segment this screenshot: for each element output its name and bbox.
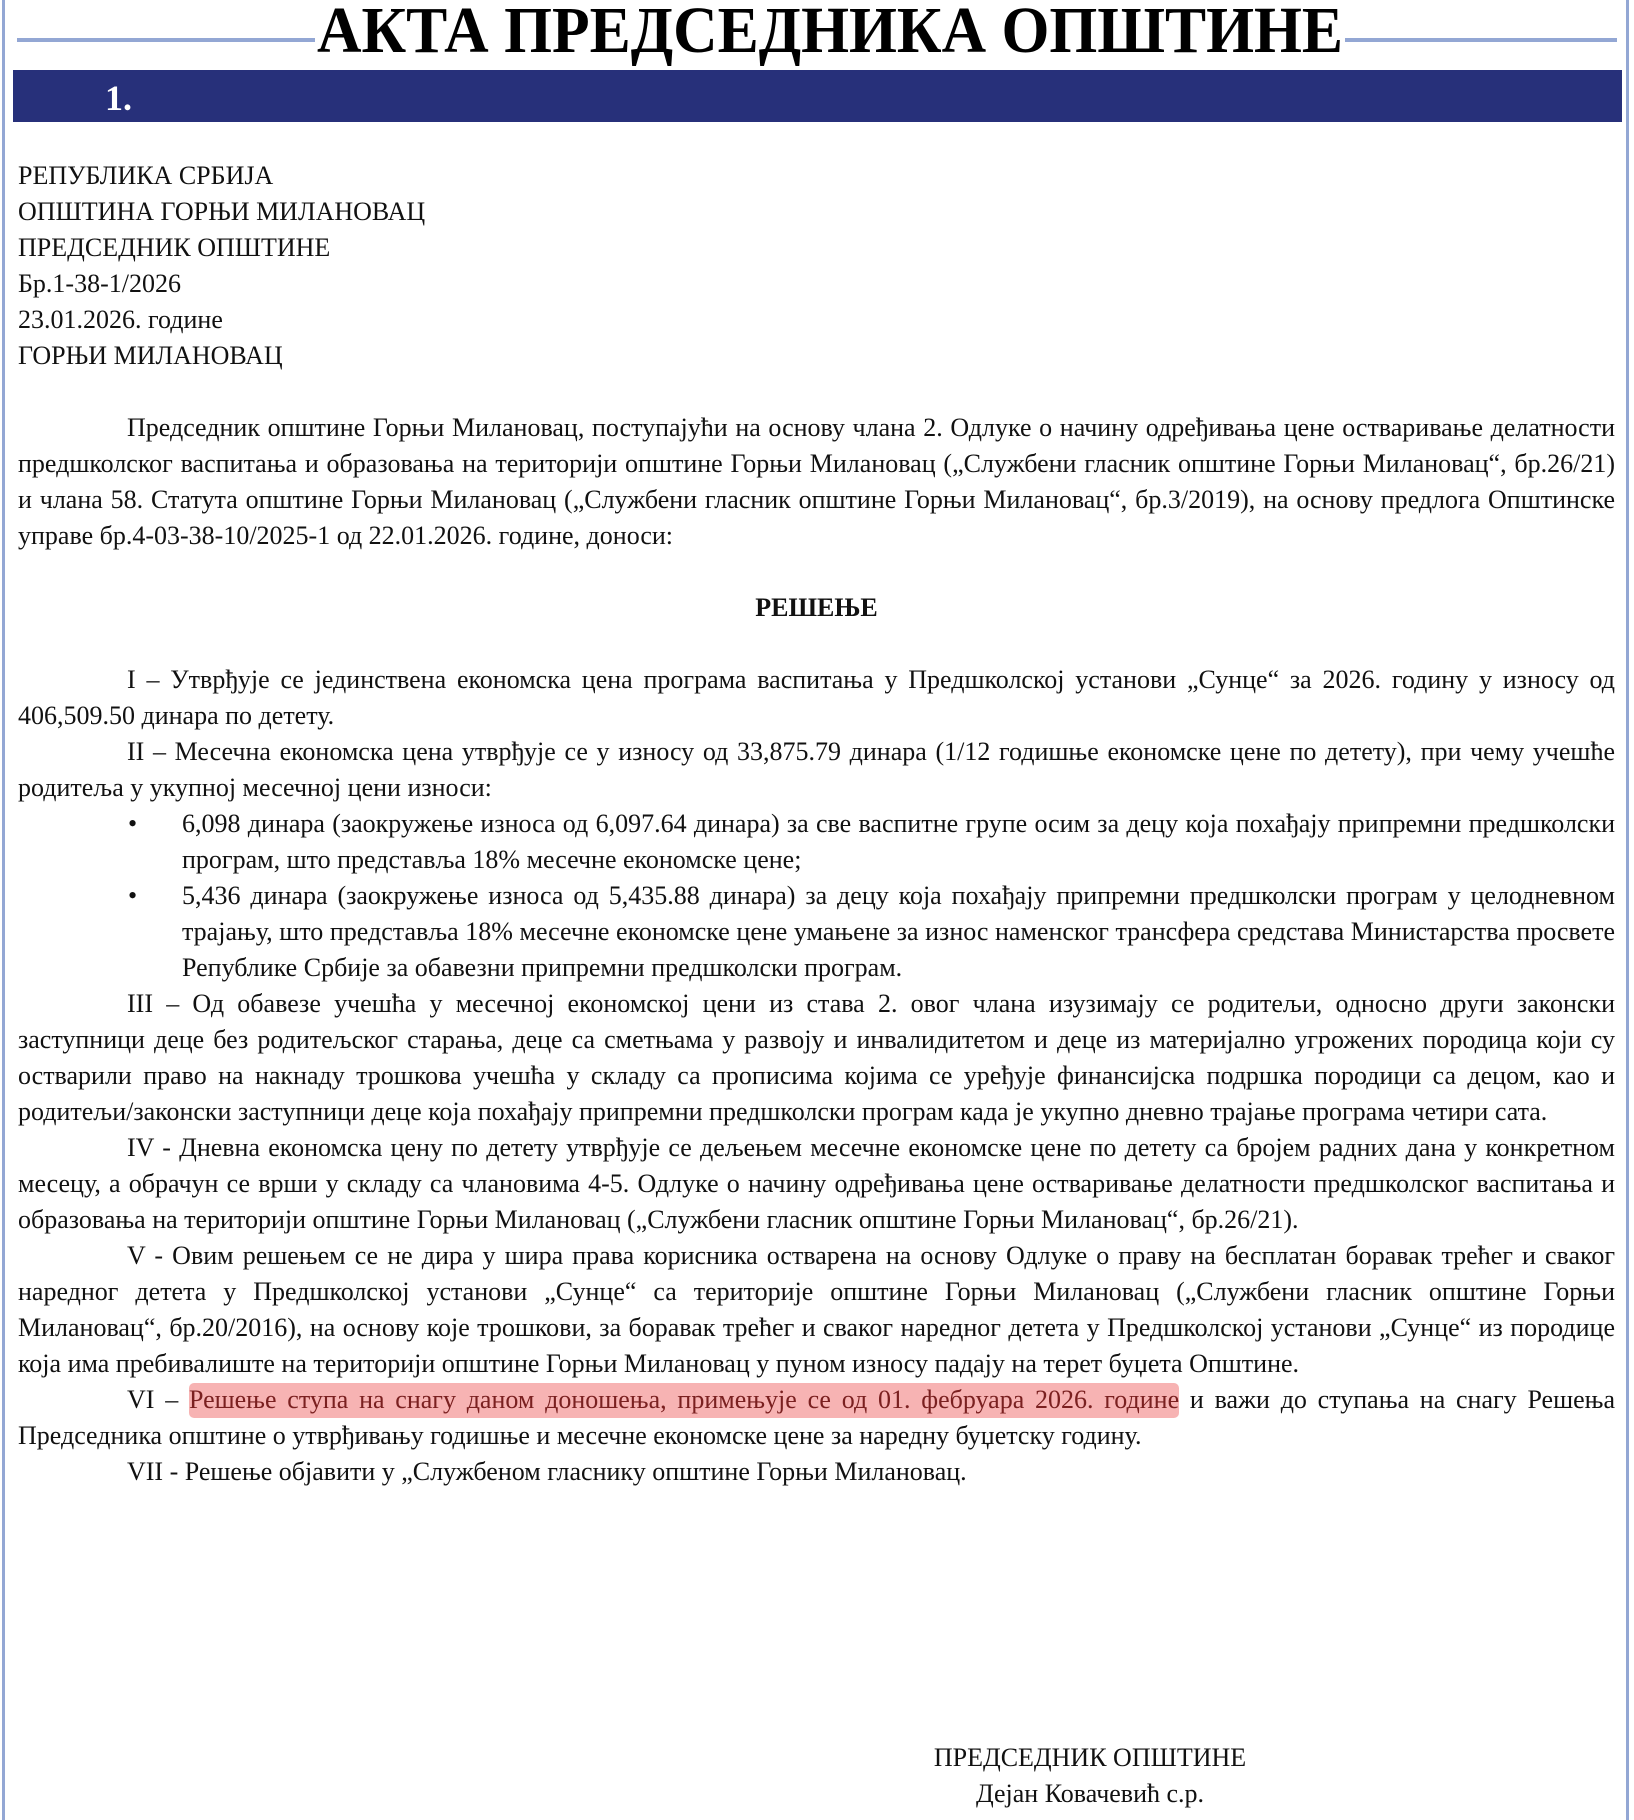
section-4: IV - Дневна економска цену по детету утв… — [18, 1130, 1615, 1238]
issuer-line: ГОРЊИ МИЛАНОВАЦ — [18, 338, 1615, 374]
list-item-text: 6,098 динара (заокружење износа од 6,097… — [182, 809, 1615, 874]
page-border-right — [1626, 0, 1629, 1820]
issuer-line: ПРЕДСЕДНИК ОПШТИНЕ — [18, 230, 1615, 266]
signature-name: Дејан Ковачевић с.р. — [880, 1776, 1300, 1812]
preamble: Председник општине Горњи Милановац, пост… — [18, 410, 1615, 554]
list-item-text: 5,436 динара (заокружење износа од 5,435… — [182, 881, 1615, 982]
title-rule-left — [17, 38, 315, 42]
issuer-line: Бр.1-38-1/2026 — [18, 266, 1615, 302]
issuer-line: ОПШТИНА ГОРЊИ МИЛАНОВАЦ — [18, 194, 1615, 230]
section-3: III – Од обавезе учешћа у месечној еконо… — [18, 986, 1615, 1130]
section-band: 1. — [13, 70, 1622, 122]
issuer-line: РЕПУБЛИКА СРБИЈА — [18, 158, 1615, 194]
highlighted-text[interactable]: Решење ступа на снагу даном доношења, пр… — [189, 1383, 1179, 1418]
page-title: АКТА ПРЕДСЕДНИКА ОПШТИНЕ — [317, 0, 1343, 66]
list-item: • 5,436 динара (заокружење износа од 5,4… — [18, 878, 1615, 986]
title-area: АКТА ПРЕДСЕДНИКА ОПШТИНЕ — [0, 0, 1634, 70]
bullet-icon: • — [128, 878, 137, 914]
issuer-line: 23.01.2026. године — [18, 302, 1615, 338]
section-1: I – Утврђује се јединствена економска це… — [18, 662, 1615, 734]
signature-role: ПРЕДСЕДНИК ОПШТИНЕ — [880, 1740, 1300, 1776]
title-rule-right — [1345, 38, 1617, 42]
decision-heading: РЕШЕЊЕ — [18, 590, 1615, 626]
section-5: V - Овим решењем се не дира у шира права… — [18, 1238, 1615, 1382]
section-7: VII - Решење објавити у „Службеном гласн… — [18, 1454, 1615, 1490]
issuer-block: РЕПУБЛИКА СРБИЈА ОПШТИНА ГОРЊИ МИЛАНОВАЦ… — [18, 158, 1615, 374]
list-item: • 6,098 динара (заокружење износа од 6,0… — [18, 806, 1615, 878]
page-title-text: АКТА ПРЕДСЕДНИКА ОПШТИНЕ — [317, 0, 1343, 66]
section-6-prefix: VI – — [127, 1385, 189, 1414]
bullet-icon: • — [128, 806, 137, 842]
document-body: РЕПУБЛИКА СРБИЈА ОПШТИНА ГОРЊИ МИЛАНОВАЦ… — [18, 158, 1615, 1490]
section-6: VI – Решење ступа на снагу даном доношењ… — [18, 1382, 1615, 1454]
page-border-left — [2, 0, 5, 1820]
participation-list: • 6,098 динара (заокружење износа од 6,0… — [18, 806, 1615, 986]
section-number: 1. — [105, 76, 132, 120]
section-2: II – Месечна економска цена утврђује се … — [18, 734, 1615, 806]
